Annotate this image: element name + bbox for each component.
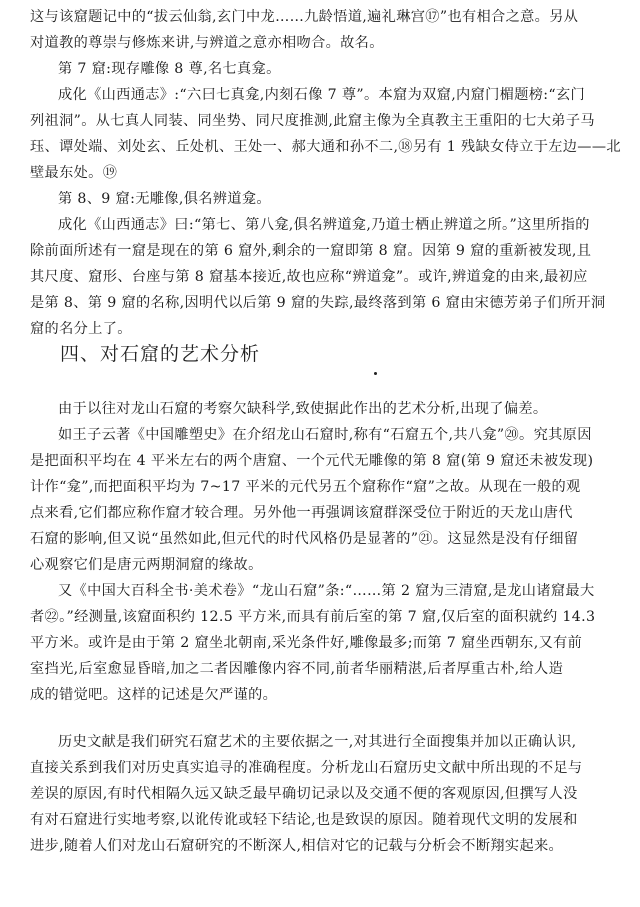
text-line: 者㉒。”经测量,该窟面积约 12.5 平方米,而具有前后室的第 7 窟,仅后室的… — [30, 608, 612, 626]
text-line: 壁最东处。⑲ — [30, 164, 612, 182]
text-line: 窟的名分上了。 — [30, 320, 612, 338]
text-line: 计作“龛”,而把面积平均为 7~17 平米的元代另五个窟称作“窟”之故。从现在一… — [30, 478, 612, 496]
text-line: 列祖洞”。从七真人同装、同坐势、同尺度推测,此窟主像为全真教主王重阳的七大弟子马 — [30, 112, 612, 130]
text-line: 珏、谭处端、刘处玄、丘处机、王处一、郝大通和孙不二,⑱另有 1 残缺女侍立于左边… — [30, 138, 612, 156]
text-line: 成化《山西通志》:“六曰七真龛,内刻石像 7 尊”。本窟为双窟,内窟门楣题榜:“… — [58, 86, 612, 104]
text-line: 是把面积平均在 4 平米左右的两个唐窟、一个元代无雕像的第 8 窟(第 9 窟还… — [30, 452, 612, 470]
text-line: 如王子云著《中国雕塑史》在介绍龙山石窟时,称有“石窟五个,共八龛”⑳。究其原因 — [58, 426, 612, 444]
section-heading: 四、对石窟的艺术分析 — [60, 343, 260, 365]
scan-speck — [374, 372, 377, 375]
text-line: 对道教的尊崇与修炼来讲,与辨道之意亦相吻合。故名。 — [30, 34, 612, 52]
text-line: 成的错觉吧。这样的记述是欠严谨的。 — [30, 686, 612, 704]
text-line: 成化《山西通志》曰:“第七、第八龛,俱名辨道龛,乃道士栖止辨道之所。”这里所指的 — [58, 216, 612, 234]
text-line: 点来看,它们都应称作窟才较合理。另外他一再强调该窟群深受位于附近的天龙山唐代 — [30, 504, 612, 522]
text-line: 石窟的影响,但又说“虽然如此,但元代的时代风格仍是显著的”㉑。这显然是没有仔细留 — [30, 530, 612, 548]
text-line: 室挡光,后室愈显昏暗,加之二者因雕像内容不同,前者华丽精湛,后者厚重古朴,给人造 — [30, 660, 612, 678]
text-line: 其尺度、窟形、台座与第 8 窟基本接近,故也应称“辨道龛”。或许,辨道龛的由来,… — [30, 268, 612, 286]
text-line: 直接关系到我们对历史真实追寻的准确程度。分析龙山石窟历史文献中所出现的不足与 — [30, 759, 612, 777]
text-line: 是第 8、第 9 窟的名称,因明代以后第 9 窟的失踪,最终落到第 6 窟由宋德… — [30, 294, 612, 312]
text-line: 差误的原因,有时代相隔久远又缺乏最早确切记录以及交通不便的客观原因,但撰写人没 — [30, 785, 612, 803]
text-line: 除前面所述有一窟是现在的第 6 窟外,剩余的一窟即第 8 窟。因第 9 窟的重新… — [30, 242, 612, 260]
text-line: 由于以往对龙山石窟的考察欠缺科学,致使据此作出的艺术分析,出现了偏差。 — [58, 400, 612, 418]
text-line: 平方米。或许是由于第 2 窟坐北朝南,采光条件好,雕像最多;而第 7 窟坐西朝东… — [30, 634, 612, 652]
text-line: 第 8、9 窟:无雕像,俱名辨道龛。 — [58, 190, 612, 208]
text-line: 这与该窟题记中的“拔云仙翁,玄门中龙……九龄悟道,遍礼琳宫⑰”也有相合之意。另从 — [30, 8, 612, 26]
document-page: 这与该窟题记中的“拔云仙翁,玄门中龙……九龄悟道,遍礼琳宫⑰”也有相合之意。另从… — [0, 0, 640, 907]
text-line: 历史文献是我们研究石窟艺术的主要依据之一,对其进行全面搜集并加以正确认识, — [58, 733, 612, 751]
text-line: 心观察它们是唐元两期洞窟的缘故。 — [30, 556, 612, 574]
text-line: 第 7 窟:现存雕像 8 尊,名七真龛。 — [58, 60, 612, 78]
text-line: 又《中国大百科全书·美术卷》“龙山石窟”条:“……第 2 窟为三清窟,是龙山诸窟… — [58, 582, 612, 600]
text-line: 有对石窟进行实地考察,以讹传讹或轻下结论,也是致误的原因。随着现代文明的发展和 — [30, 811, 612, 829]
text-line: 进步,随着人们对龙山石窟研究的不断深人,相信对它的记载与分析会不断翔实起来。 — [30, 837, 612, 855]
